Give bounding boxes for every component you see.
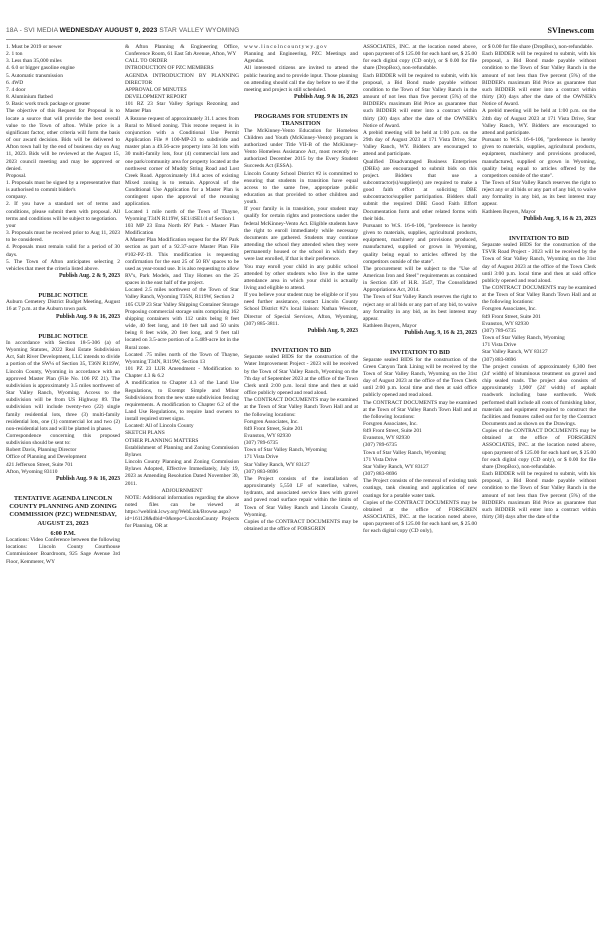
publish-line: Publish Aug. 9, 16 & 23, 2023 — [482, 216, 596, 223]
address-line: 849 Front Street, Suite 201 — [244, 426, 358, 433]
site-name: SVInews.com — [548, 26, 594, 35]
paragraph: Planning and Engineering, PZC Meetings a… — [244, 51, 358, 65]
agenda-line: OTHER PLANNING MATTERS — [125, 438, 239, 445]
paragraph: In accordance with Section 18-5-306 (a) … — [6, 340, 120, 433]
column-3: www.lincolncountywy.gov Planning and Eng… — [244, 44, 358, 924]
paragraph: Pursuant to W.S. 16-6-106, "preference i… — [363, 223, 477, 266]
paragraph: Correspondence concerning this proposed … — [6, 433, 120, 447]
agenda-line: Located 1 mile north of the Town of Thay… — [125, 209, 239, 223]
signature: Kathleen Buyers, Mayor — [482, 209, 596, 216]
paragraph: Proposal. — [6, 173, 120, 180]
address-line: Star Valley Ranch, WY 83127 — [482, 349, 596, 356]
address-line: Forsgren Associates, Inc. — [482, 306, 596, 313]
paragraph: Copies of the CONTRACT DOCUMENTS may be … — [482, 428, 596, 471]
paragraph: 2. If you have a standard set of terms a… — [6, 201, 120, 222]
agenda-line: AGENDA INTRODUCTION BY PLANNING DIRECTOR — [125, 73, 239, 87]
paragraph: If your family is in transition, your st… — [244, 206, 358, 263]
contact-line: Office of Planning and Development — [6, 454, 120, 461]
paragraph: 3. Proposals must be received prior to A… — [6, 230, 120, 244]
notice-title: PUBLIC NOTICE — [6, 333, 120, 340]
address-line: Town of Star Valley Ranch, Wyoming — [482, 335, 596, 342]
paragraph: All interested citizens are invited to a… — [244, 65, 358, 94]
agenda-line: SKETCH PLANS — [125, 430, 239, 437]
paragraph: Each BIDDER will be required to submit, … — [363, 73, 477, 130]
publish-line: Publish Aug. 2 & 9, 2023 — [6, 273, 120, 280]
paragraph: Separate sealed BIDS for the constructio… — [244, 354, 358, 397]
agenda-line: A modification to Chapter 4.3 of the Lan… — [125, 380, 239, 423]
agenda-line: 101 PZ 23 LUR Amendment - Modification t… — [125, 366, 239, 380]
column-2: & Afton Planning & Engineering Office, C… — [125, 44, 239, 924]
paragraph: Auburn Cemetery District Budget Meeting,… — [6, 299, 120, 313]
list-item: 5. Automatic transmission — [6, 73, 120, 80]
page-header: 18A - SVI MEDIA WEDNESDAY AUGUST 9, 2023… — [6, 24, 594, 40]
notice-title: INVITATION TO BID — [363, 349, 477, 356]
header-info: 18A - SVI MEDIA WEDNESDAY AUGUST 9, 2023… — [6, 27, 239, 34]
paragraph: 4. Proposals must remain valid for a per… — [6, 244, 120, 258]
address-line: 171 Vista Drive — [244, 454, 358, 461]
agenda-line: DEVELOPMENT REPORT — [125, 94, 239, 101]
page-label: 18A - SVI MEDIA — [6, 27, 58, 34]
address-line: 849 Front Street, Suite 201 — [363, 428, 477, 435]
column-1: 1. Must be 2019 or newer 2. 1 ton 3. Les… — [6, 44, 120, 924]
signature: Kathleen Buyers, Mayor — [363, 323, 477, 330]
address-line: Forsgren Associates, Inc. — [244, 419, 358, 426]
address-line: (307) 789-6735 — [363, 442, 477, 449]
publish-line: Publish Aug. 9 & 16, 2023 — [244, 94, 358, 101]
list-item: 3. Less than 35,000 miles — [6, 58, 120, 65]
paragraph: A prebid meeting will be held at 1:00 p.… — [482, 108, 596, 137]
address-line: Star Valley Ranch, WY 83127 — [363, 464, 477, 471]
agenda-line: Located 2.5 miles northwest of the Town … — [125, 287, 239, 301]
paragraph: Copies of the CONTRACT DOCUMENTS may be … — [363, 500, 477, 536]
paragraph: The Project consists of the installation… — [244, 476, 358, 519]
agenda-line: APPROVAL OF MINUTES — [125, 87, 239, 94]
paragraph: The Town of Star Valley Ranch reserves t… — [363, 294, 477, 323]
paragraph: Locations: Video Conference between the … — [6, 537, 120, 566]
paragraph: The Town of Star Valley Ranch reserves t… — [482, 180, 596, 209]
agenda-line: A Rezone request of approximately 31.1 a… — [125, 116, 239, 209]
columns: 1. Must be 2019 or newer 2. 1 ton 3. Les… — [6, 44, 596, 924]
agenda-line: 101 RZ 23 Star Valley Springs Rezoning a… — [125, 101, 239, 115]
address-line: 171 Vista Drive — [482, 342, 596, 349]
address-line: 171 Vista Drive — [363, 457, 477, 464]
paragraph: You may enroll your child in any public … — [244, 264, 358, 293]
address-line: (307) 883-8696 — [482, 357, 596, 364]
paragraph: The procurement will be subject to the "… — [363, 266, 477, 295]
agenda-line: Lincoln County Planning and Zoning Commi… — [125, 459, 239, 488]
agenda-title: TENTATIVE AGENDA LINCOLN COUNTY PLANNING… — [6, 495, 120, 528]
paragraph: The CONTRACT DOCUMENTS may be examined a… — [244, 397, 358, 418]
note-paragraph: NOTE: Additional information regarding t… — [125, 495, 239, 531]
adjournment-heading: ADJOURNMENT — [125, 488, 239, 495]
paragraph: The objective of this Request for Propos… — [6, 108, 120, 172]
notice-title: PROGRAMS FOR STUDENTS IN TRANSITION — [244, 113, 358, 127]
contact-line: 421 Jefferson Street, Suite 701 — [6, 462, 120, 469]
paragraph: If you believe your student may be eligi… — [244, 292, 358, 328]
paragraph: A prebid meeting will be held at 1:00 p.… — [363, 130, 477, 159]
paragraph: Each BIDDER will be required to submit, … — [482, 471, 596, 521]
paragraph: The McKinney-Vento Education for Homeles… — [244, 128, 358, 171]
paragraph: your — [6, 223, 120, 230]
publish-line: Publish Aug. 9, 16 & 23, 2023 — [363, 330, 477, 337]
address-line: (307) 883-8696 — [244, 469, 358, 476]
paragraph: Qualified Disadvantaged Business Enterpr… — [363, 159, 477, 223]
agenda-line: 105 CUP 23 Star Valley Shipping Containe… — [125, 302, 239, 309]
address-line: 849 Front Street, Suite 201 — [482, 314, 596, 321]
paragraph: 5. The Town of Afton anticipates selecti… — [6, 259, 120, 273]
paragraph: Separate sealed BIDS for the constructio… — [482, 242, 596, 285]
agenda-line: Located .75 miles north of the Town of T… — [125, 352, 239, 366]
paper-name: STAR VALLEY WYOMING — [159, 27, 239, 34]
list-item: 1. Must be 2019 or newer — [6, 44, 120, 51]
address-line: Star Valley Ranch, WY 83127 — [244, 462, 358, 469]
paragraph: Copies of the CONTRACT DOCUMENTS may be … — [244, 519, 358, 533]
column-4: ASSOCIATES, INC. at the location noted a… — [363, 44, 477, 924]
list-item: 4. 6.0 or bigger gasoline engine — [6, 65, 120, 72]
paragraph: 1. Proposals must be signed by a represe… — [6, 180, 120, 194]
address-line: Town of Star Valley Ranch, Wyoming — [363, 450, 477, 457]
publish-line: Publish Aug. 9 & 16, 2023 — [6, 314, 120, 321]
address-line: Evanston, WY 82930 — [482, 321, 596, 328]
paragraph: Each BIDDER will be required to submit, … — [482, 51, 596, 108]
paragraph: The project consists of approximately 6,… — [482, 364, 596, 428]
paragraph: The CONTRACT DOCUMENTS may be examined a… — [363, 400, 477, 421]
column-5: or $ 0.00 for file share (DropBox), non-… — [482, 44, 596, 924]
paragraph: Pursuant to W.S. 16-6-106, "preference i… — [482, 137, 596, 180]
notice-title: PUBLIC NOTICE — [6, 292, 120, 299]
agenda-line: & Afton Planning & Engineering Office, C… — [125, 44, 239, 58]
agenda-line: Establishment of Planning and Zoning Com… — [125, 445, 239, 459]
paragraph: The CONTRACT DOCUMENTS may be examined a… — [482, 285, 596, 306]
agenda-line: INTRODUCTION OF PZC MEMBERS — [125, 65, 239, 72]
paragraph: Lincoln County School District #2 is com… — [244, 171, 358, 207]
address-line: Town of Star Valley Ranch, Wyoming — [244, 447, 358, 454]
paragraph: Separate sealed BIDS for the constructio… — [363, 357, 477, 400]
agenda-line: 103 MP 23 Etna North RV Park - Master Pl… — [125, 223, 239, 237]
paragraph: or $ 0.00 for file share (DropBox), non-… — [482, 44, 596, 51]
agenda-line: A Master Plan Modification request for t… — [125, 237, 239, 287]
list-item: 8. Aluminium flatbed — [6, 94, 120, 101]
website-url: www.lincolncountywy.gov — [244, 44, 358, 51]
agenda-line: Located: All of Lincoln County — [125, 423, 239, 430]
agenda-line: CALL TO ORDER — [125, 58, 239, 65]
address-line: Forsgren Associates, Inc. — [363, 421, 477, 428]
newspaper-page: 18A - SVI MEDIA WEDNESDAY AUGUST 9, 2023… — [0, 0, 600, 927]
paragraph: The Project consists of the removal of e… — [363, 478, 477, 499]
list-item: 6. 4WD — [6, 80, 120, 87]
agenda-line: Proposing commercial storage units compr… — [125, 309, 239, 352]
contact-line: Afton, Wyoming 83110 — [6, 469, 120, 476]
publish-line: Publish Aug. 9, 2023 — [244, 328, 358, 335]
issue-date: WEDNESDAY AUGUST 9, 2023 — [60, 27, 158, 34]
list-item: 2. 1 ton — [6, 51, 120, 58]
agenda-time: 6:00 P.M. — [6, 530, 120, 537]
paragraph: ASSOCIATES, INC. at the location noted a… — [363, 44, 477, 73]
notice-title: INVITATION TO BID — [482, 235, 596, 242]
publish-line: Publish Aug. 9 & 16, 2023 — [6, 476, 120, 483]
